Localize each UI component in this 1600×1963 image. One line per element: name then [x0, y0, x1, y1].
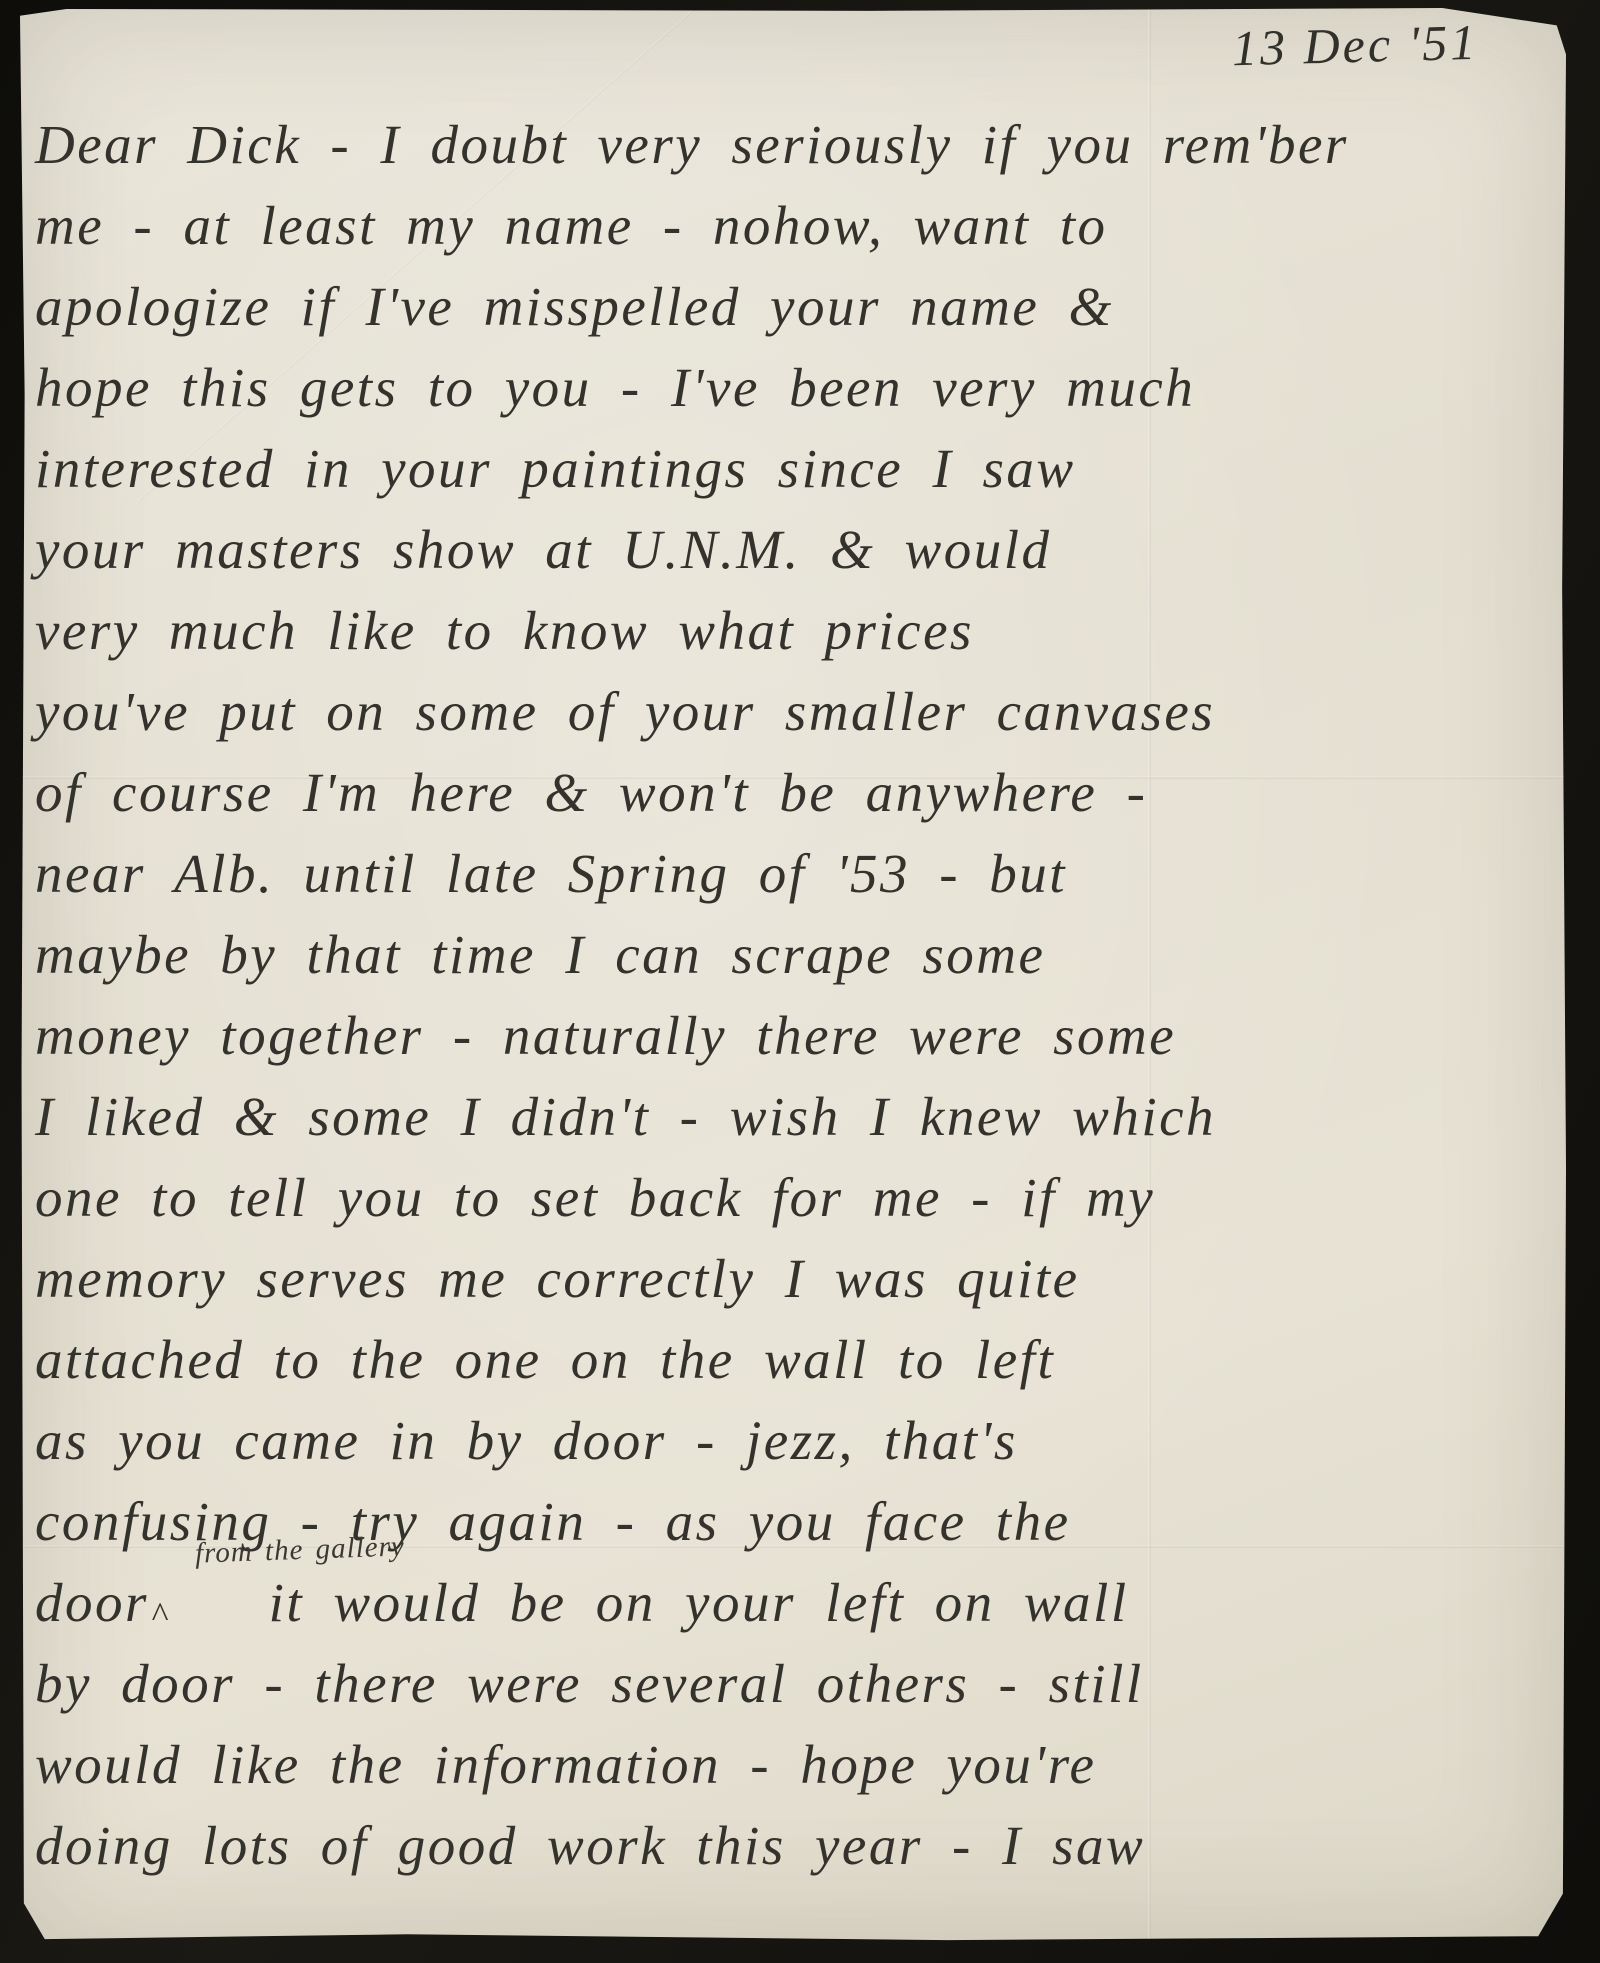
letter-line: near Alb. until late Spring of '53 - but [35, 833, 1510, 914]
insertion-line-pre: door [35, 1572, 149, 1633]
letter-line: apologize if I've misspelled your name & [35, 266, 1510, 347]
letter-body: Dear Dick - I doubt very seriously if yo… [35, 104, 1510, 1886]
letter-line: attached to the one on the wall to left [35, 1319, 1510, 1400]
letter-line: doing lots of good work this year - I sa… [35, 1805, 1510, 1886]
letter-line: interested in your paintings since I saw [35, 428, 1510, 509]
letter-line-with-insertion: door^from the galleryit would be on your… [35, 1562, 1510, 1643]
letter-line: one to tell you to set back for me - if … [35, 1157, 1510, 1238]
letter-line: Dear Dick - I doubt very seriously if yo… [35, 104, 1510, 185]
letter-line: would like the information - hope you're [35, 1724, 1510, 1805]
letter-line: by door - there were several others - st… [35, 1643, 1510, 1724]
caret-mark: ^ [151, 1575, 169, 1656]
letter-line: hope this gets to you - I've been very m… [35, 347, 1510, 428]
letter-line: of course I'm here & won't be anywhere - [35, 752, 1510, 833]
letter-line: maybe by that time I can scrape some [35, 914, 1510, 995]
scan-background: 13 Dec '51 Dear Dick - I doubt very seri… [0, 0, 1600, 1963]
letter-line: money together - naturally there were so… [35, 995, 1510, 1076]
insertion-line-post: it would be on your left on wall [269, 1572, 1129, 1633]
interlinear-insertion: from the gallery [195, 1532, 406, 1568]
letter-line: very much like to know what prices [35, 590, 1510, 671]
letter-line: me - at least my name - nohow, want to [35, 185, 1510, 266]
letter-line: I liked & some I didn't - wish I knew wh… [35, 1076, 1510, 1157]
letter-paper: 13 Dec '51 Dear Dick - I doubt very seri… [20, 8, 1566, 1942]
letter-line: you've put on some of your smaller canva… [35, 671, 1510, 752]
letter-line: your masters show at U.N.M. & would [35, 509, 1510, 590]
letter-line: memory serves me correctly I was quite [35, 1238, 1510, 1319]
letter-line: as you came in by door - jezz, that's [35, 1400, 1510, 1481]
letter-date: 13 Dec '51 [1231, 13, 1479, 77]
